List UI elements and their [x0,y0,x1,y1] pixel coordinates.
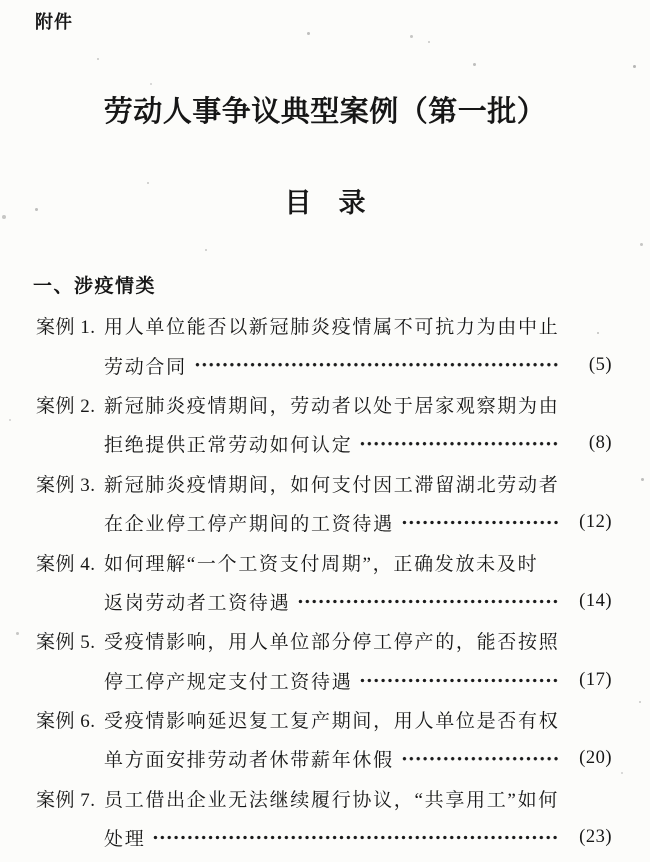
page-number: (23) [572,827,612,848]
toc-entry: 案例 7. 员工借出企业无法继续履行协议，“共享用工”如何 处理 (23) [36,779,612,858]
scan-speck [633,65,636,68]
toc-entry-line1: 案例 7. 员工借出企业无法继续履行协议，“共享用工”如何 [36,779,612,818]
toc-entry-line2: 处理 (23) [36,818,612,857]
scan-speck [597,332,599,334]
toc-entry-line2: 返岗劳动者工资待遇 (14) [36,582,612,621]
scanned-document-page: 附件 劳动人事争议典型案例（第一批） 目 录 一、涉疫情类 案例 1. 用人单位… [0,0,650,862]
case-label: 案例 4. [36,549,104,576]
toc-entry-line2: 拒绝提供正常劳动如何认定 (8) [36,424,612,463]
scan-speck [97,58,99,60]
toc-entry-line2: 在企业停工停产期间的工资待遇 (12) [36,503,612,542]
dot-leader [152,818,560,857]
toc-heading: 目 录 [0,187,650,219]
toc-entry-line1: 案例 6. 受疫情影响延迟复工复产期间，用人单位是否有权 [36,700,612,739]
case-label: 案例 6. [36,706,104,733]
attachment-label: 附件 [35,11,73,33]
document-title: 劳动人事争议典型案例（第一批） [0,95,650,129]
page-number: (12) [572,512,612,533]
page-number: (5) [572,355,612,376]
toc-entry-line1: 案例 2. 新冠肺炎疫情期间，劳动者以处于居家观察期为由 [36,385,612,424]
case-label: 案例 3. [36,470,104,497]
toc-entry: 案例 5. 受疫情影响，用人单位部分停工停产的，能否按照 停工停产规定支付工资待… [36,621,612,700]
scan-speck [35,208,38,211]
case-title-line2: 停工停产规定支付工资待遇 [104,667,352,694]
scan-speck [448,113,451,116]
toc-entry: 案例 6. 受疫情影响延迟复工复产期间，用人单位是否有权 单方面安排劳动者休带薪… [36,700,612,779]
toc-entry: 案例 3. 新冠肺炎疫情期间，如何支付因工滞留湖北劳动者 在企业停工停产期间的工… [36,464,612,543]
toc-entry: 案例 1. 用人单位能否以新冠肺炎疫情属不可抗力为由中止 劳动合同 (5) [36,306,612,385]
page-number: (14) [572,591,612,612]
case-title-line1: 如何理解“一个工资支付周期”，正确发放未及时 [104,549,538,576]
scan-speck [640,243,643,246]
scan-speck [9,419,11,421]
scan-speck [150,83,152,85]
scan-speck [639,701,641,703]
case-title-line1: 受疫情影响，用人单位部分停工停产的，能否按照 [104,627,559,654]
scan-speck [307,32,310,35]
scan-speck [16,632,19,635]
dot-leader [359,424,560,463]
toc-entry-line2: 单方面安排劳动者休带薪年休假 (20) [36,739,612,778]
scan-speck [205,249,207,251]
case-label: 案例 7. [36,785,104,812]
scan-speck [641,478,644,481]
case-title-line2: 劳动合同 [104,352,187,379]
page-number: (17) [572,670,612,691]
dot-leader [401,503,560,542]
toc-entry-line1: 案例 5. 受疫情影响，用人单位部分停工停产的，能否按照 [36,621,612,660]
case-title-line1: 用人单位能否以新冠肺炎疫情属不可抗力为由中止 [104,312,559,339]
case-label: 案例 2. [36,391,104,418]
toc-entry: 案例 4. 如何理解“一个工资支付周期”，正确发放未及时 返岗劳动者工资待遇 (… [36,542,612,621]
scan-speck [428,41,430,43]
case-title-line1: 新冠肺炎疫情期间，如何支付因工滞留湖北劳动者 [104,470,559,497]
toc-entry-line1: 案例 4. 如何理解“一个工资支付周期”，正确发放未及时 [36,542,612,581]
scan-speck [410,35,413,38]
toc-entry-line2: 停工停产规定支付工资待遇 (17) [36,661,612,700]
case-title-line2: 在企业停工停产期间的工资待遇 [104,509,394,536]
toc-list: 案例 1. 用人单位能否以新冠肺炎疫情属不可抗力为由中止 劳动合同 (5) 案例… [36,306,612,857]
case-title-line1: 受疫情影响延迟复工复产期间，用人单位是否有权 [104,706,559,733]
toc-entry-line1: 案例 3. 新冠肺炎疫情期间，如何支付因工滞留湖北劳动者 [36,464,612,503]
scan-speck [2,215,6,219]
toc-entry-line1: 案例 1. 用人单位能否以新冠肺炎疫情属不可抗力为由中止 [36,306,612,345]
dot-leader [401,739,560,778]
toc-section-heading: 一、涉疫情类 [33,275,156,299]
case-title-line2: 单方面安排劳动者休带薪年休假 [104,745,394,772]
scan-speck [473,63,476,66]
dot-leader [297,582,560,621]
scan-speck [147,182,149,184]
case-title-line2: 处理 [104,824,145,851]
case-title-line2: 拒绝提供正常劳动如何认定 [104,430,352,457]
dot-leader [194,345,560,384]
case-label: 案例 1. [36,312,104,339]
case-title-line2: 返岗劳动者工资待遇 [104,588,290,615]
dot-leader [359,661,560,700]
toc-entry: 案例 2. 新冠肺炎疫情期间，劳动者以处于居家观察期为由 拒绝提供正常劳动如何认… [36,385,612,464]
case-title-line1: 新冠肺炎疫情期间，劳动者以处于居家观察期为由 [104,391,559,418]
toc-entry-line2: 劳动合同 (5) [36,345,612,384]
case-title-line1: 员工借出企业无法继续履行协议，“共享用工”如何 [104,785,559,812]
page-number: (8) [572,433,612,454]
case-label: 案例 5. [36,627,104,654]
page-number: (20) [572,748,612,769]
scan-speck [621,772,623,774]
